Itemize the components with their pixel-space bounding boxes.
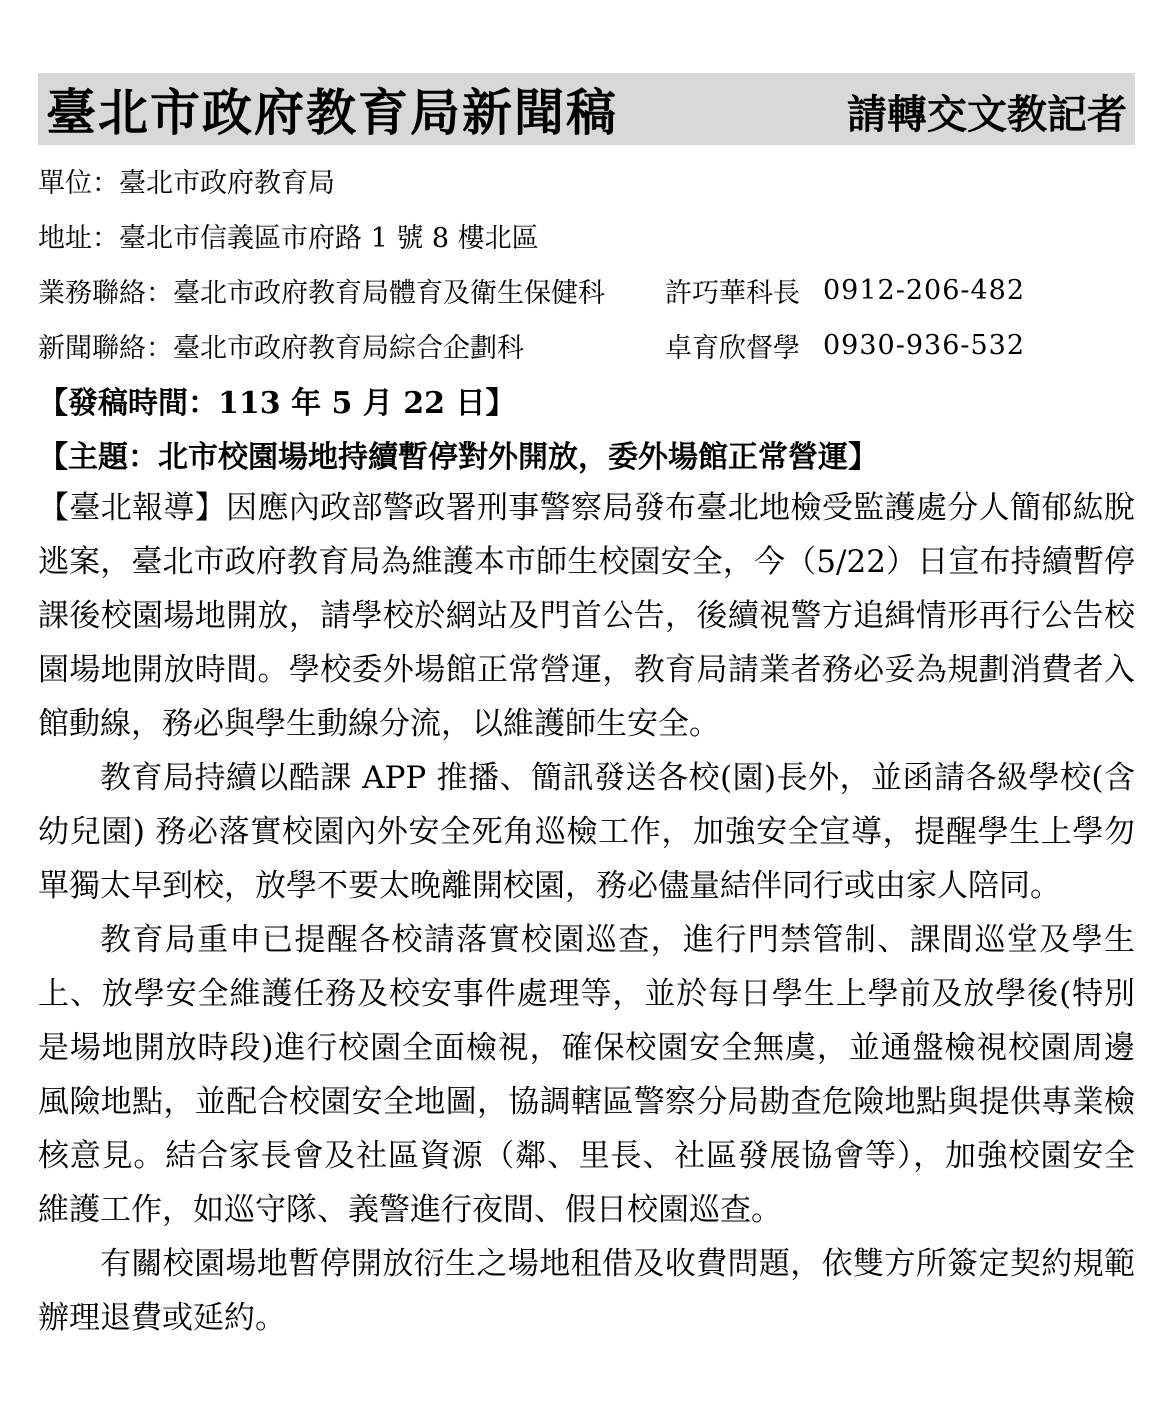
body-paragraph-3: 教育局重申已提醒各校請落實校園巡查，進行門禁管制、課間巡堂及學生上、放學安全維護…: [38, 913, 1135, 1237]
business-contact-person: 許巧華科長: [665, 271, 800, 310]
unit-row: 單位：臺北市政府教育局: [38, 153, 1135, 208]
unit-label: 單位：臺北市政府教育局: [38, 161, 335, 200]
business-contact-phone: 0912-206-482: [823, 275, 1025, 306]
press-release-header-banner: 臺北市政府教育局新聞稿 請轉交文教記者: [38, 73, 1135, 145]
press-contact-dept: 新聞聯絡：臺北市政府教育局綜合企劃科: [38, 326, 524, 365]
business-contact-row: 業務聯絡：臺北市政府教育局體育及衛生保健科 許巧華科長 0912-206-482: [38, 263, 1135, 318]
press-contact-person: 卓育欣督學: [665, 326, 800, 365]
address-row: 地址：臺北市信義區市府路 1 號 8 樓北區: [38, 208, 1135, 263]
press-contact-phone: 0930-936-532: [823, 330, 1025, 361]
routing-note: 請轉交文教記者: [847, 79, 1127, 140]
press-release-body: 【臺北報導】因應內政部警政署刑事警察局發布臺北地檢受監護處分人簡郁紘脫逃案，臺北…: [38, 481, 1135, 1345]
contact-info-block: 單位：臺北市政府教育局 地址：臺北市信義區市府路 1 號 8 樓北區 業務聯絡：…: [38, 153, 1135, 373]
body-paragraph-4: 有關校園場地暫停開放衍生之場地租借及收費問題，依雙方所簽定契約規範辦理退費或延約…: [38, 1237, 1135, 1345]
body-paragraph-1: 【臺北報導】因應內政部警政署刑事警察局發布臺北地檢受監護處分人簡郁紘脫逃案，臺北…: [38, 481, 1135, 751]
address-label: 地址：臺北市信義區市府路 1 號 8 樓北區: [38, 216, 539, 255]
press-contact-row: 新聞聯絡：臺北市政府教育局綜合企劃科 卓育欣督學 0930-936-532: [38, 318, 1135, 373]
press-release-title: 臺北市政府教育局新聞稿: [46, 73, 618, 145]
press-release-page: 臺北市政府教育局新聞稿 請轉交文教記者 單位：臺北市政府教育局 地址：臺北市信義…: [0, 0, 1167, 1403]
business-contact-dept: 業務聯絡：臺北市政府教育局體育及衛生保健科: [38, 271, 605, 310]
topic-line: 【主題：北市校園場地持續暫停對外開放，委外場館正常營運】: [38, 427, 1135, 481]
body-paragraph-2: 教育局持續以酷課 APP 推播、簡訊發送各校(園)長外，並函請各級學校(含幼兒園…: [38, 751, 1135, 913]
release-time-line: 【發稿時間：113 年 5 月 22 日】: [38, 373, 1135, 427]
